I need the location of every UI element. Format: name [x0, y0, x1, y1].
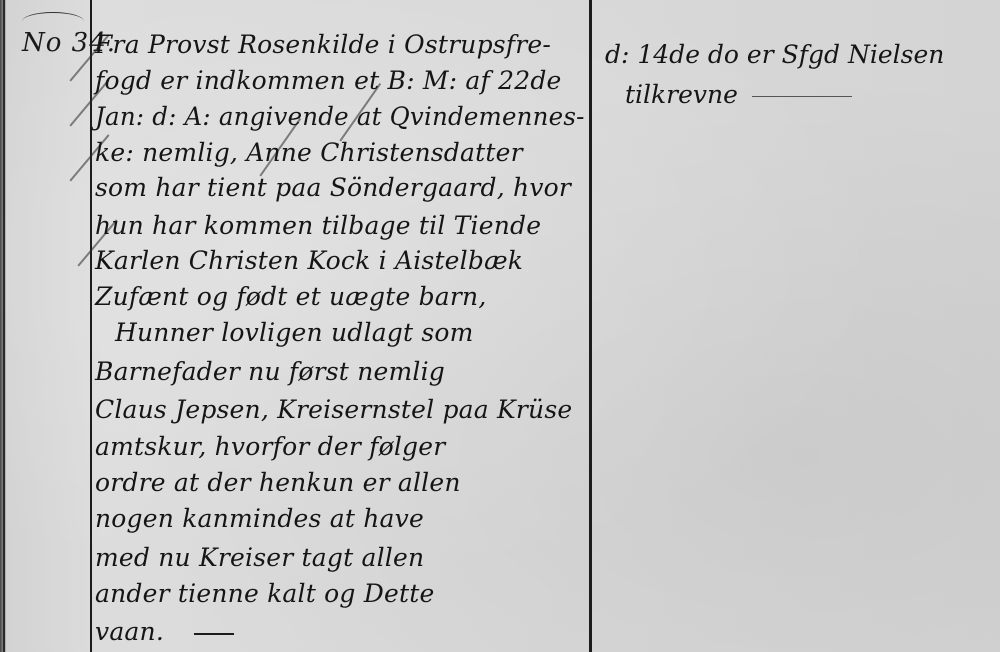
entry-line: med nu Kreiser tagt allen — [95, 543, 424, 572]
note-closing-dash — [752, 96, 852, 98]
entry-line: Karlen Christen Kock i Aistelbæk — [95, 246, 523, 275]
note-line: d: 14de do er Sfgd Nielsen — [605, 40, 944, 69]
register-page: No 34. Fra Provst Rosenkilde i Ostrupsfr… — [0, 0, 1000, 652]
entry-line: amtskur, hvorfor der følger — [95, 432, 445, 461]
entry-line: Zufænt og født et uægte barn, — [95, 282, 487, 311]
entry-line: Barnefader nu først nemlig — [95, 357, 445, 386]
entry-line: nogen kanmindes at have — [95, 504, 424, 533]
entry-line: ke: nemlig, Anne Christensdatter — [95, 138, 523, 167]
entry-line: ander tienne kalt og Dette — [95, 579, 434, 608]
entry-line: ordre at der henkun er allen — [95, 468, 461, 497]
closing-dash — [194, 633, 234, 635]
entry-line: Fra Provst Rosenkilde i Ostrupsfre- — [95, 30, 551, 59]
binding-line — [3, 0, 5, 652]
entry-line: Jan: d: A: angivende at Qvindemennes- — [95, 102, 585, 131]
entry-line: hun har kommen tilbage til Tiende — [95, 211, 541, 240]
entry-line: fogd er indkommen et B: M: af 22de — [95, 66, 562, 95]
entry-line: Claus Jepsen, Kreisernstel paa Krüse — [95, 395, 572, 424]
entry-line-text: vaan. — [95, 617, 164, 646]
entry-line: Hunner lovligen udlagt som — [115, 318, 474, 347]
note-line-last: tilkrevne — [625, 80, 852, 109]
note-line-text: tilkrevne — [625, 80, 738, 109]
column-rule-right — [589, 0, 592, 652]
entry-line-last: vaan. — [95, 617, 234, 646]
entry-line: som har tient paa Söndergaard, hvor — [95, 173, 571, 202]
